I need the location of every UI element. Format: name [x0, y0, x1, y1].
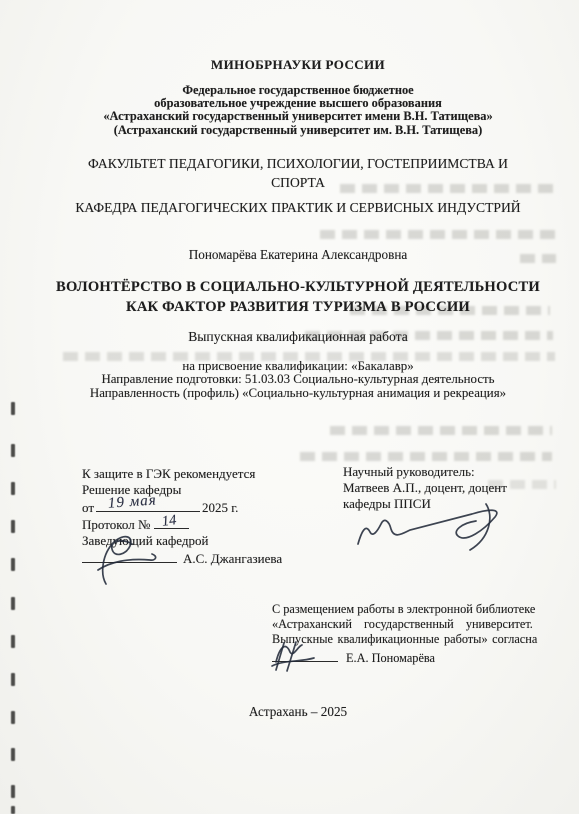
city-year: Астрахань – 2025 — [28, 704, 568, 720]
approval-block: К защите в ГЭК рекомендуется Решение каф… — [82, 466, 322, 567]
consent-line: «Астраханский государственный университе… — [272, 617, 555, 632]
head-name: А.С. Джангазиева — [183, 551, 282, 566]
date-blank-line: 19 мая — [96, 498, 200, 512]
binding-mark — [11, 748, 15, 761]
thesis-title-line: КАК ФАКТОР РАЗВИТИЯ ТУРИЗМА В РОССИИ — [28, 298, 568, 318]
author-name: Пономарёва Екатерина Александровна — [28, 247, 568, 263]
work-type: Выпускная квалификационная работа — [28, 329, 568, 345]
institution-line: «Астраханский государственный университе… — [28, 110, 568, 123]
protocol-label: Протокол № — [82, 517, 150, 532]
consent-signature-line: Е.А. Пономарёва — [272, 648, 555, 666]
consent-line: Выпускные квалификационные работы» согла… — [272, 632, 555, 647]
supervisor-block: Научный руководитель: Матвеев А.П., доце… — [343, 464, 563, 511]
date-year: 2025 г. — [202, 500, 238, 515]
head-signature-line: А.С. Джангазиева — [82, 549, 322, 567]
binding-mark — [11, 482, 15, 495]
direction-line: Направление подготовки: 51.03.03 Социаль… — [28, 373, 568, 386]
consent-line: С размещением работы в электронной библи… — [272, 602, 555, 617]
thesis-title-page-scan: МИНОБРНАУКИ РОССИИ Федеральное государст… — [0, 0, 579, 814]
binding-mark — [11, 785, 15, 798]
bleed-through-line — [320, 230, 555, 239]
institution-line: (Астраханский государственный университе… — [28, 124, 568, 137]
bleed-through-line — [300, 452, 552, 461]
protocol-blank-line: 14 — [154, 515, 189, 529]
binding-mark — [11, 806, 15, 814]
department-heading: КАФЕДРА ПЕДАГОГИЧЕСКИХ ПРАКТИК И СЕРВИСН… — [28, 200, 568, 216]
protocol-line: Протокол №14 — [82, 515, 322, 533]
faculty-heading: ФАКУЛЬТЕТ ПЕДАГОГИКИ, ПСИХОЛОГИИ, ГОСТЕП… — [28, 155, 568, 192]
binding-mark — [11, 402, 15, 415]
faculty-line: СПОРТА — [28, 174, 568, 193]
thesis-title: ВОЛОНТЁРСТВО В СОЦИАЛЬНО-КУЛЬТУРНОЙ ДЕЯТ… — [28, 278, 568, 317]
supervisor-name: Матвеев А.П., доцент, доцент — [343, 480, 563, 496]
qualification-block: на присвоение квалификации: «Бакалавр» Н… — [28, 360, 568, 400]
faculty-line: ФАКУЛЬТЕТ ПЕДАГОГИКИ, ПСИХОЛОГИИ, ГОСТЕП… — [28, 155, 568, 174]
head-signature-blank — [82, 549, 177, 563]
consent-name: Е.А. Пономарёва — [346, 651, 435, 665]
qualification-line: на присвоение квалификации: «Бакалавр» — [28, 360, 568, 373]
binding-mark — [11, 635, 15, 648]
consent-block: С размещением работы в электронной библи… — [272, 602, 555, 666]
ministry-heading: МИНОБРНАУКИ РОССИИ — [28, 57, 568, 73]
approval-recommendation: К защите в ГЭК рекомендуется — [82, 466, 322, 482]
binding-mark — [11, 597, 15, 610]
binding-mark — [11, 520, 15, 533]
bleed-through-line — [330, 426, 552, 435]
handwritten-date: 19 мая — [108, 493, 158, 512]
decision-date-line: от19 мая2025 г. — [82, 498, 322, 516]
date-prefix: от — [82, 500, 94, 515]
supervisor-label: Научный руководитель: — [343, 464, 563, 480]
binding-mark — [11, 673, 15, 686]
thesis-title-line: ВОЛОНТЁРСТВО В СОЦИАЛЬНО-КУЛЬТУРНОЙ ДЕЯТ… — [28, 278, 568, 298]
handwritten-protocol-number: 14 — [161, 513, 177, 530]
binding-mark — [11, 711, 15, 724]
supervisor-department: кафедры ППСИ — [343, 496, 563, 512]
binding-mark — [11, 444, 15, 457]
institution-block: Федеральное государственное бюджетное об… — [28, 84, 568, 137]
binding-mark — [11, 558, 15, 571]
head-of-department-label: Заведующий кафедрой — [82, 533, 322, 549]
profile-line: Направленность (профиль) «Социально-куль… — [28, 387, 568, 400]
consent-signature-blank — [272, 648, 338, 662]
